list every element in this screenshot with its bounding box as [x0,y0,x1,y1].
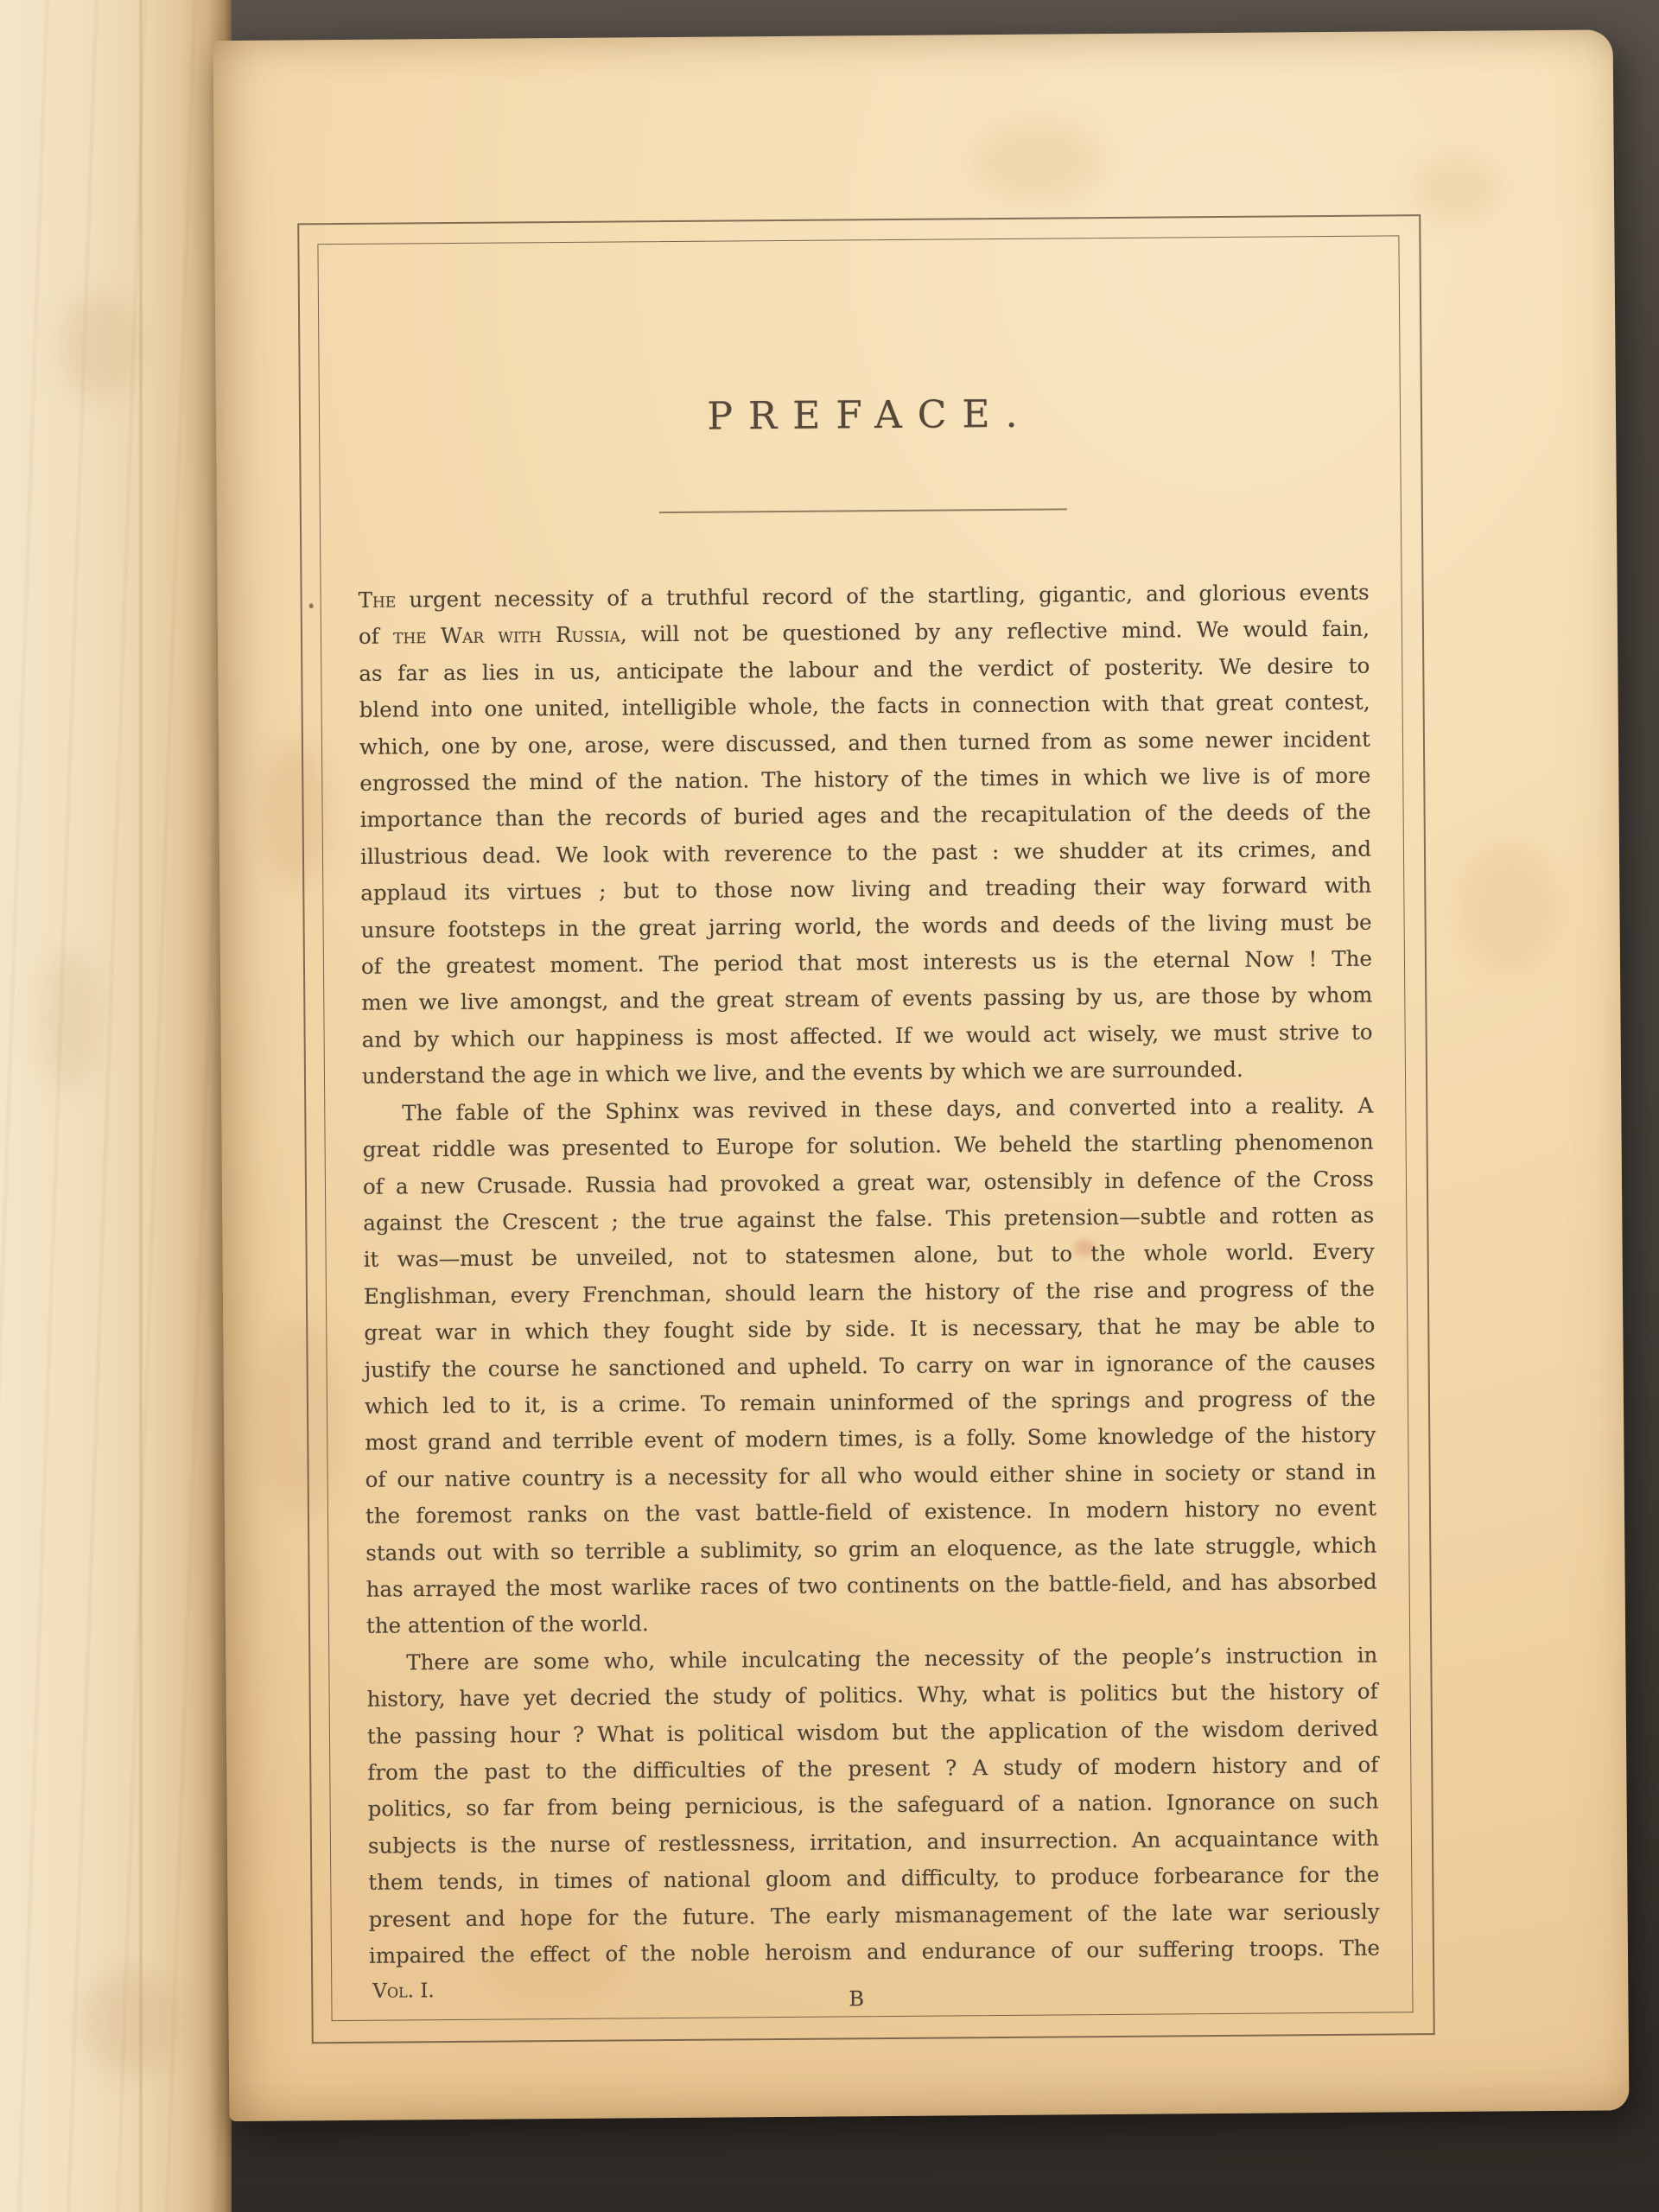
small-caps-text: The [359,587,397,612]
body-text: engrossed the mind of the nation. The hi… [359,763,1370,796]
body-text: urgent necessity of a truthful record of… [396,580,1370,613]
body-text: it was—must be unveiled, not to statesme… [364,1239,1375,1272]
body-text: and by which our happiness is most affec… [362,1019,1373,1052]
book-page: PREFACE. The urgent necessity of a truth… [213,29,1630,2121]
paragraph: There are some who, while inculcating th… [366,1637,1380,1974]
body-text: present and hope for the future. The ear… [369,1898,1380,1931]
body-text: the attention of the world. [366,1611,649,1639]
body-text: which led to it, is a crime. To remain u… [365,1386,1376,1419]
body-text: great war in which they fought side by s… [364,1313,1375,1345]
page-text: The urgent necessity of a truthful recor… [358,575,1380,1975]
body-text: history, have yet decried the study of p… [367,1679,1378,1712]
paragraph: The fable of the Sphinx was revived in t… [362,1087,1377,1644]
photo-background: PREFACE. The urgent necessity of a truth… [0,0,1659,2212]
volume-label: Vol. I. [372,1980,435,2003]
body-text: as far as lies in us, anticipate the lab… [359,652,1370,685]
body-text: blend into one united, intelligible whol… [359,690,1370,722]
book-page-stack [0,0,232,2212]
small-caps-text: the War with Russia [393,622,620,649]
body-text: the foremost ranks on the vast battle-fi… [365,1496,1376,1529]
paragraph: The urgent necessity of a truthful recor… [358,575,1373,1096]
body-text: politics, so far from being pernicious, … [368,1789,1379,1821]
body-text: of our native country is a necessity for… [365,1459,1376,1491]
text-line: impaired the effect of the noble heroism… [369,1930,1380,1975]
body-text: great riddle was presented to Europe for… [363,1129,1374,1162]
body-text: applaud its virtues ; but to those now l… [360,873,1371,906]
body-text: Englishman, every Frenchman, should lear… [364,1275,1375,1308]
foxing-stain [1415,156,1498,221]
body-text: from the past to the difficulties of the… [367,1752,1378,1785]
title-rule [659,508,1067,513]
body-text: impaired the effect of the noble heroism… [369,1935,1380,1968]
body-text: importance than the records of buried ag… [360,799,1371,832]
foxing-stain [82,1970,177,2074]
signature-mark: B [849,1986,864,2011]
body-text: unsure footsteps in the great jarring wo… [361,909,1372,942]
foxing-stain [60,294,138,397]
body-text: most grand and terrible event of modern … [365,1422,1376,1455]
body-text: subjects is the nurse of restlessness, i… [368,1825,1379,1858]
body-text: of the greatest moment. The period that … [361,946,1372,979]
body-text: justify the course he sanctioned and uph… [365,1349,1376,1382]
foxing-stain [1459,842,1560,973]
foxing-stain [39,950,99,1089]
body-text: has arrayed the most warlike races of tw… [366,1569,1377,1602]
body-text: them tends, in times of national gloom a… [368,1862,1379,1895]
body-text: There are some who, while inculcating th… [406,1642,1377,1675]
body-text: , will not be questioned by any reflecti… [620,616,1370,647]
body-text: men we live amongst, and the great strea… [361,982,1372,1015]
body-text: stands out with so terrible a sublimity,… [365,1532,1376,1565]
body-text: of a new Crusade. Russia had provoked a … [363,1166,1374,1198]
body-text: of [359,624,393,649]
body-text: illustrious dead. We look with reverence… [360,836,1371,868]
body-text: which, one by one, arose, were discussed… [359,726,1370,759]
page-content: PREFACE. The urgent necessity of a truth… [354,32,1382,2120]
body-text: The fable of the Sphinx was revived in t… [402,1092,1373,1125]
page-title: PREFACE. [357,390,1368,442]
body-text: against the Crescent ; the true against … [363,1203,1374,1236]
body-text: the passing hour ? What is political wis… [367,1715,1378,1748]
body-text: understand the age in which we live, and… [362,1057,1243,1089]
page-stack-edge [138,0,143,2212]
